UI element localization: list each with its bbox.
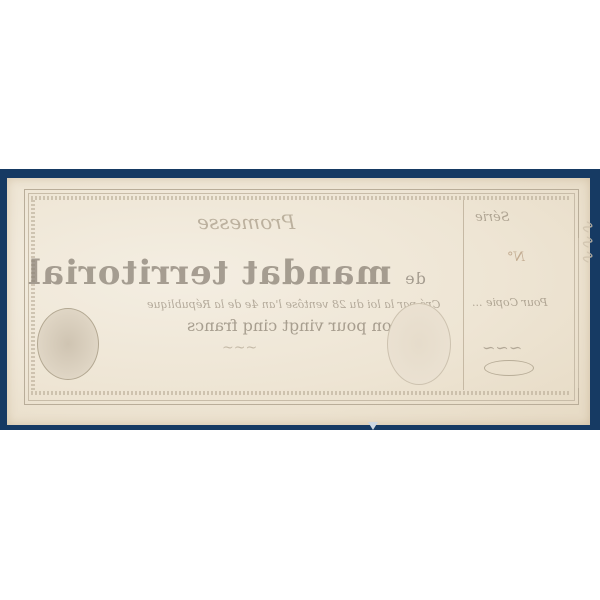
right-number: N° [507,250,525,265]
dry-stamp-icon [387,303,451,385]
legal-line: Cré par la loi du 28 ventôse l'an 4e de … [147,298,440,311]
right-signature: ∽∽∽ [482,338,522,357]
signature-mark: ~~~ [222,340,257,356]
border-band-left [31,200,35,390]
title-text: mandat territorial [27,253,391,293]
border-band-top [31,196,571,200]
signature-flourish-icon [484,360,534,376]
seal-vignette-icon [37,308,99,380]
note-title: de mandat territorial [27,253,457,293]
right-copy-line: Pour Copie ... [472,296,548,309]
tear-notch [368,422,378,430]
column-separator [463,200,464,390]
title-prefix: de [404,269,426,288]
border-band-bottom [31,391,571,395]
edge-watermark: ∿∿∿ [577,218,598,263]
right-series: Série [475,210,510,225]
script-heading: Promesse [197,210,295,234]
banknote: Promesse de mandat territorial Cré par l… [7,178,590,425]
value-line: Bon pour vingt cinq francs [187,316,403,335]
